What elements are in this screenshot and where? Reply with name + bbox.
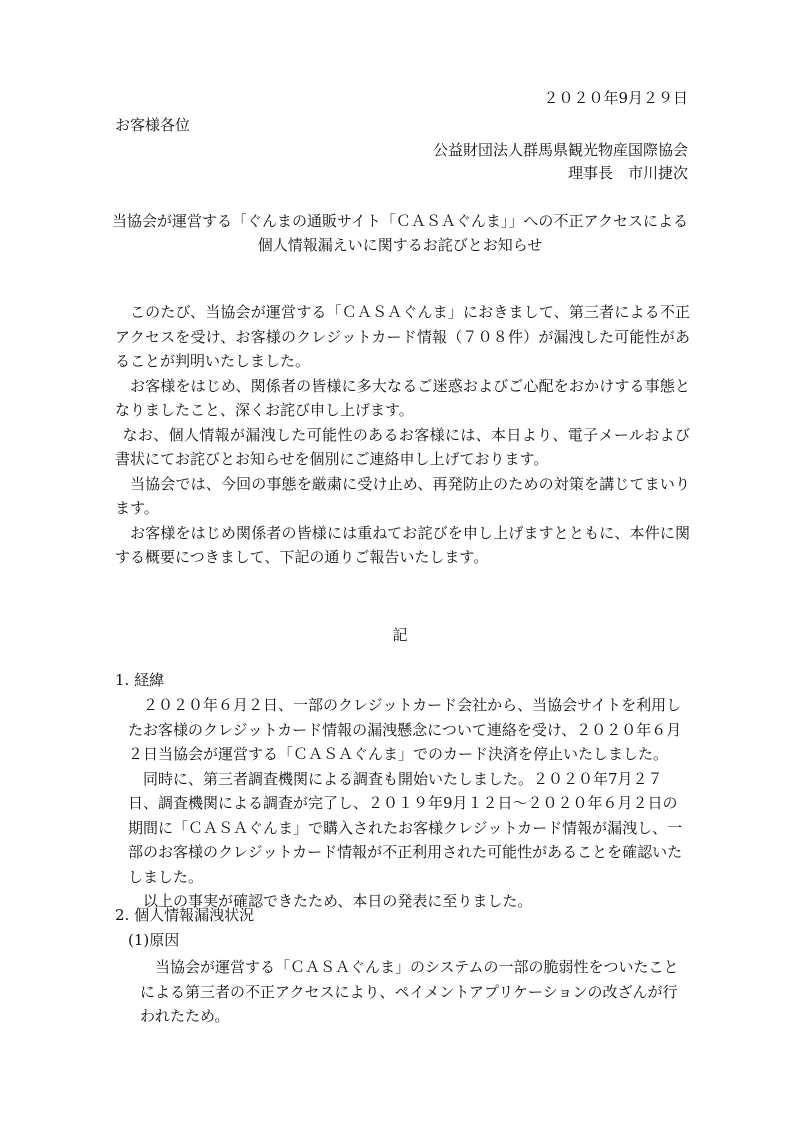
intro-paragraph: お客様をはじめ関係者の皆様には重ねてお詫びを申し上げますとともに、本件に関する概… (115, 521, 690, 570)
issuing-organization: 公益財団法人群馬県観光物産国際協会 (433, 140, 688, 160)
section-heading-1: 1. 経緯 (115, 670, 164, 690)
intro-paragraph: 当協会では、今回の事態を厳粛に受け止め、再発防止のための対策を講じてまいります。 (115, 472, 690, 521)
intro-paragraph: このたび、当協会が運営する「ＣＡＳＡぐんま」におきまして、第三者による不正アクセ… (115, 300, 690, 374)
document-page: ２０２０年9月２９日 お客様各位 公益財団法人群馬県観光物産国際協会 理事長 市… (0, 0, 800, 1131)
section-heading-2: 2. 個人情報漏洩状況 (115, 905, 254, 925)
section-paragraph: 同時に、第三者調査機関による調査も開始いたしました。２０２０年7月２７日、調査機… (128, 767, 690, 890)
addressee: お客様各位 (115, 115, 190, 135)
ki-marker: 記 (0, 625, 800, 645)
intro-body: このたび、当協会が運営する「ＣＡＳＡぐんま」におきまして、第三者による不正アクセ… (115, 300, 690, 570)
document-date: ２０２０年9月２９日 (543, 88, 688, 108)
subsection-heading-cause: (1)原因 (128, 930, 179, 950)
intro-paragraph: なお、個人情報が漏洩した可能性のあるお客様には、本日より、電子メールおよび書状に… (115, 423, 690, 472)
document-title-line-1: 当協会が運営する「ぐんまの通販サイト「ＣＡＳＡぐんま」」への不正アクセスによる (0, 211, 800, 231)
section-paragraph: 当協会が運営する「ＣＡＳＡぐんま」のシステムの一部の脆弱性をついたことによる第三… (140, 955, 690, 1029)
intro-paragraph: お客様をはじめ、関係者の皆様に多大なるご迷惑およびご心配をおかけする事態となりま… (115, 374, 690, 423)
document-title-line-2: 個人情報漏えいに関するお詫びとお知らせ (0, 235, 800, 255)
section-1-body: ２０２０年６月２日、一部のクレジットカード会社から、当協会サイトを利用したお客様… (128, 693, 690, 914)
subsection-cause-body: 当協会が運営する「ＣＡＳＡぐんま」のシステムの一部の脆弱性をついたことによる第三… (140, 955, 690, 1029)
signatory: 理事長 市川捷次 (568, 163, 688, 183)
section-paragraph: ２０２０年６月２日、一部のクレジットカード会社から、当協会サイトを利用したお客様… (128, 693, 690, 767)
